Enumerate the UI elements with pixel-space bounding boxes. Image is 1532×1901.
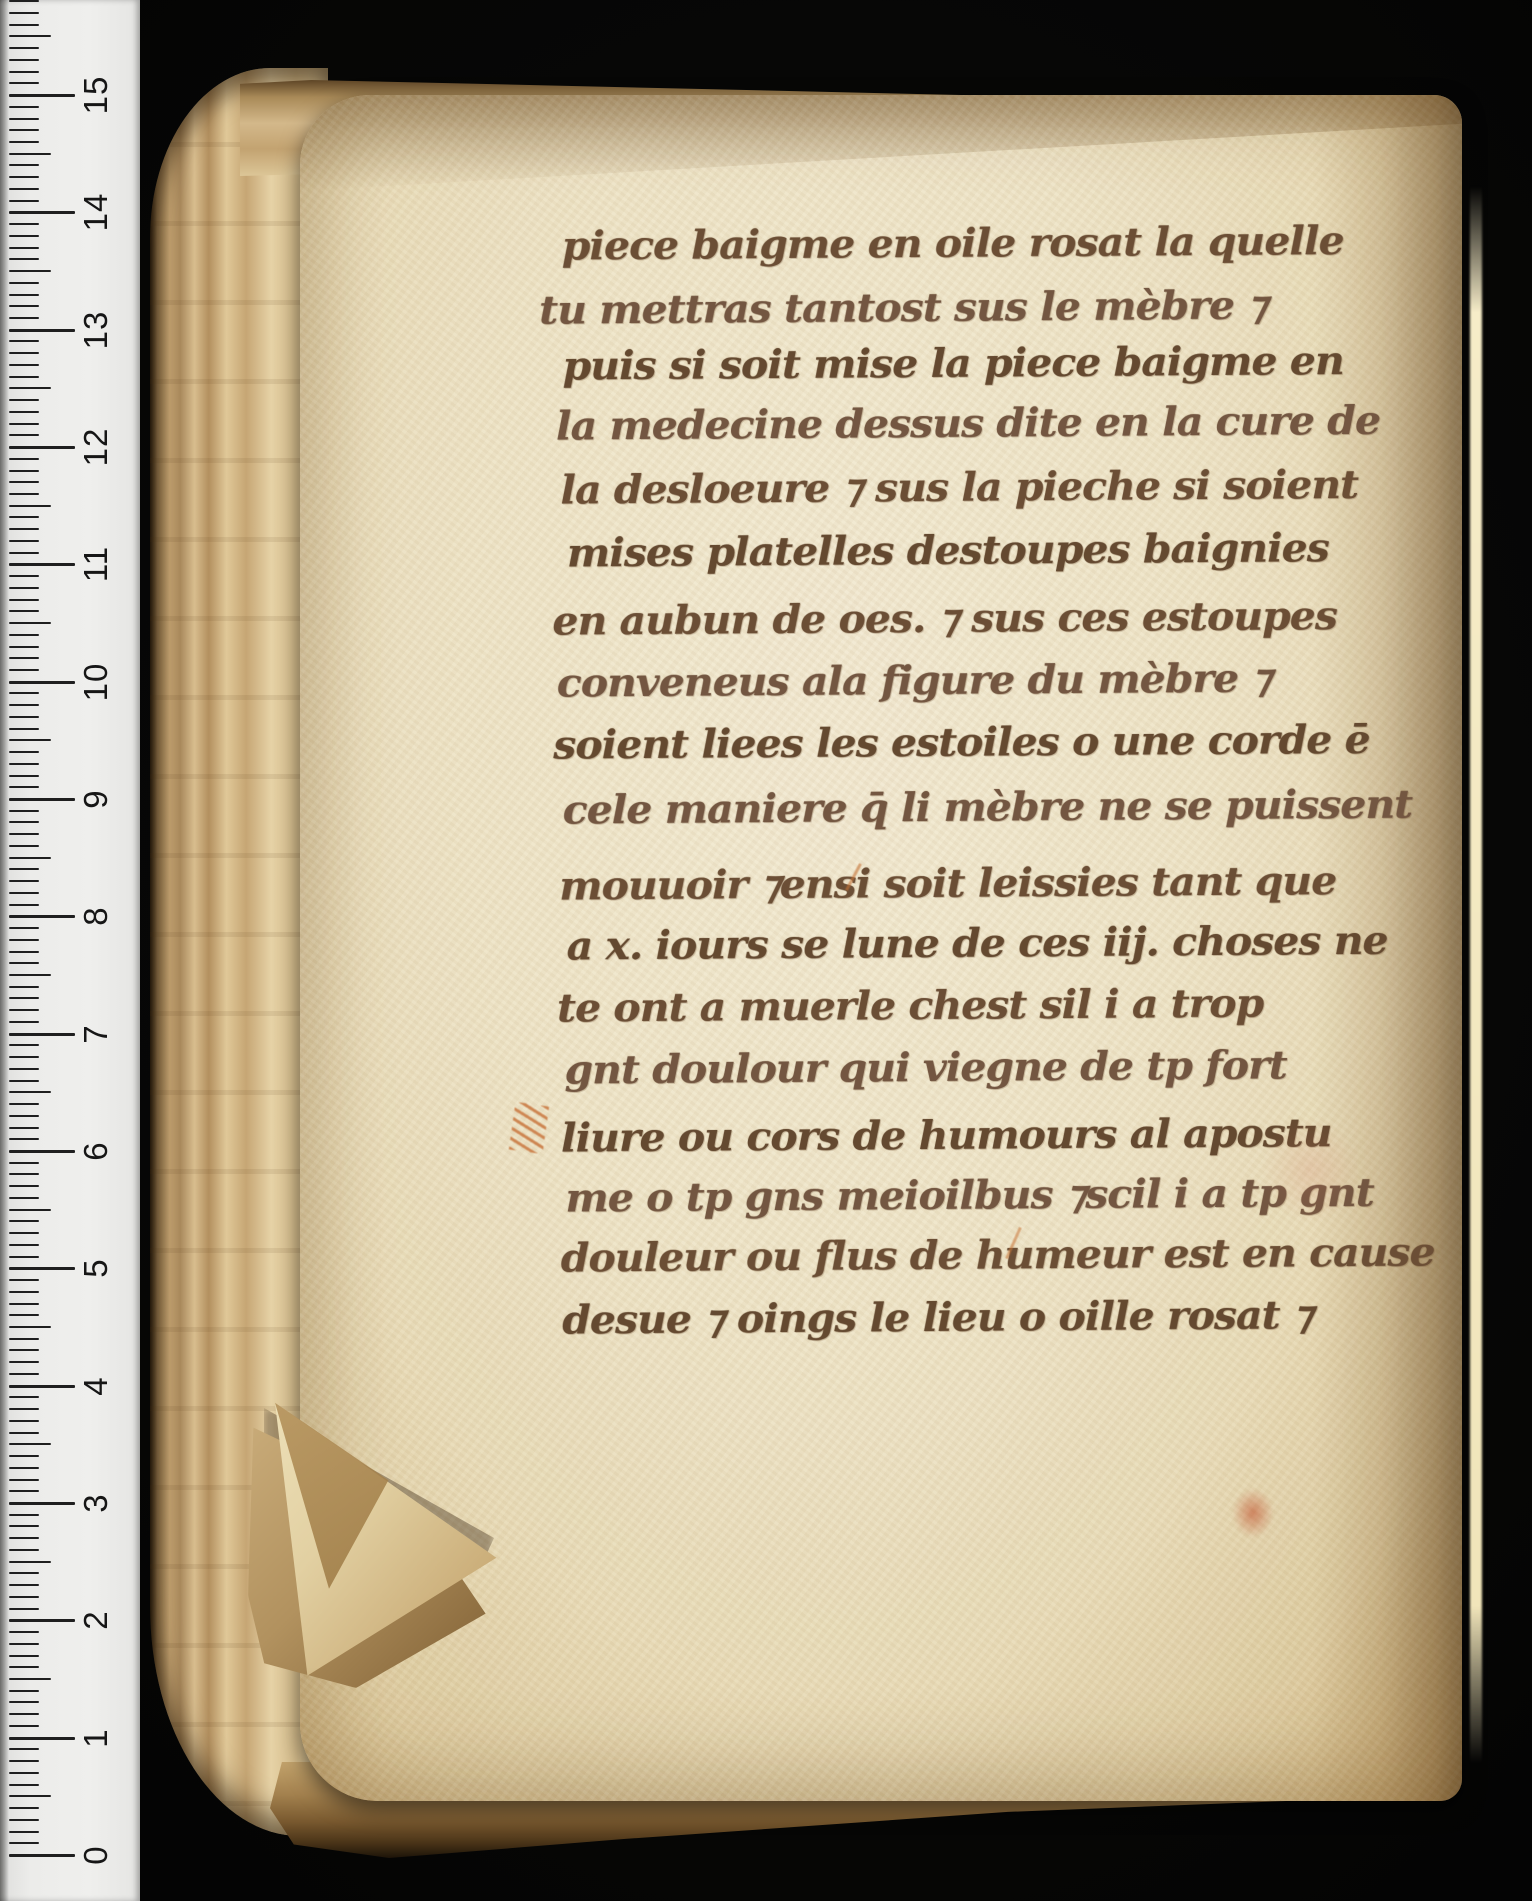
manuscript-line: la desloeure ⁊ sus la pieche si soient: [560, 461, 1358, 513]
manuscript-line: mouuoir ⁊ensi soit leissies tant que: [559, 858, 1336, 910]
manuscript-line: conveneus ala figure du mèbre ⁊: [557, 655, 1271, 706]
manuscript-line: desue ⁊ oings le lieu o oille rosat ⁊: [562, 1292, 1312, 1343]
corner-fold: [248, 1378, 518, 1688]
manuscript-photo: 012345678910111213141516 piece baigme en…: [0, 0, 1532, 1901]
manuscript-line: liure ou cors de humours al apostu: [561, 1110, 1332, 1161]
manuscript-line: gnt doulour qui viegne de tp fort: [564, 1042, 1287, 1093]
book: piece baigme en oile rosat la quelletu m…: [0, 0, 1532, 1901]
manuscript-line: te ont a muerle chest sil i a trop: [557, 980, 1264, 1031]
manuscript-line: soient liees les estoiles o une corde ē: [553, 716, 1370, 768]
manuscript-line: cele maniere q̄ li mèbre ne se puissent: [563, 781, 1413, 833]
manuscript-line: puis si soit mise la piece baigme en: [562, 338, 1343, 390]
manuscript-line: piece baigme en oile rosat la quelle: [562, 218, 1344, 270]
manuscript-line: en aubun de oes. ⁊ sus ces estoupes: [552, 593, 1337, 645]
facing-page-edge: [1448, 116, 1532, 1774]
manuscript-line: tu mettras tantost sus le mèbre ⁊: [539, 282, 1267, 333]
manuscript-line: la medecine dessus dite en la cure de: [556, 397, 1380, 449]
manuscript-line: a x. iours se lune de ces iij. choses ne: [566, 917, 1387, 969]
manuscript-line: mises platelles destoupes baignies: [567, 525, 1329, 576]
manuscript-line: douleur ou flus de humeur est en cause: [561, 1229, 1435, 1281]
manuscript-line: me o tp gns meioilbus ⁊scil i a tp gnt: [565, 1169, 1374, 1221]
